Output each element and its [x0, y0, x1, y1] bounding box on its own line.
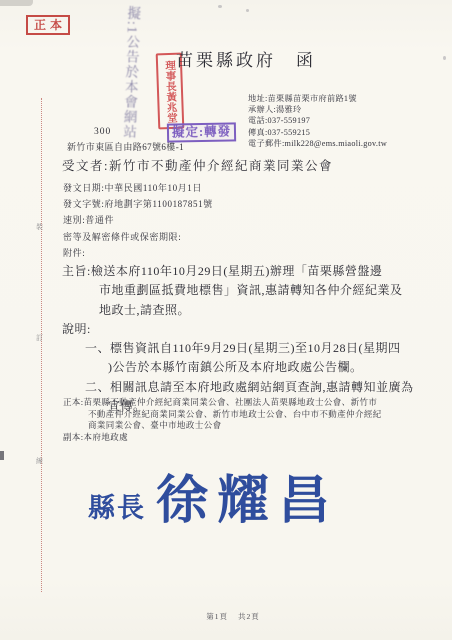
- doc-number-line: 發文字號:府地劃字第1100187851號: [63, 196, 213, 212]
- handwritten-note: 擬:1公告於本會網站: [117, 6, 142, 152]
- document-meta-block: 發文日期:中華民國110年10月1日 發文字號:府地劃字第1100187851號…: [63, 180, 213, 261]
- copy-label-stamp: 正本: [26, 15, 70, 35]
- subject-line: 市地重劃區抵費地標售」資訊,惠請轉知各仲介經紀業及: [62, 281, 414, 300]
- distribution-block: 正本:苗栗縣不動產仲介經紀商業同業公會、社團法人苗栗縣地政士公會、新竹市 不動產…: [63, 397, 382, 443]
- binding-mark-ding: 訂: [36, 333, 43, 343]
- scan-artifact: [246, 9, 249, 12]
- scan-artifact: [443, 56, 446, 60]
- distribution-line: 商業同業公會、臺中市地政士公會: [63, 420, 382, 432]
- recipient-address: 新竹市東區自由路67號6樓-1: [67, 140, 184, 153]
- signature-block: 縣長 徐耀昌: [88, 458, 368, 528]
- total-pages: 共2頁: [238, 612, 260, 621]
- sender-address: 地址:苗栗縣苗栗市府前路1號: [248, 93, 387, 104]
- page-number: 第1頁: [206, 612, 228, 621]
- subject-line: 主旨:檢送本府110年10月29日(星期五)辦理「苗栗縣營盤邊: [62, 262, 414, 281]
- description-heading: 說明:: [62, 320, 414, 339]
- sender-info-block: 地址:苗栗縣苗栗市府前路1號 承辦人:湯雅玲 電話:037-559197 傳真:…: [248, 93, 387, 149]
- footer-page-info: 第1頁共2頁: [168, 611, 298, 622]
- scan-artifact: [0, 451, 4, 460]
- binding-line: [41, 98, 42, 592]
- sender-email: 電子郵件:milk228@ems.miaoli.gov.tw: [248, 138, 387, 149]
- signature-title: 縣長: [88, 495, 146, 522]
- letter-title: 苗栗縣政府 函: [176, 46, 316, 71]
- sender-phone: 電話:037-559197: [248, 115, 387, 126]
- subject-line: 地政士,請查照。: [62, 301, 414, 320]
- description-item: 一、標售資訊自110年9月29日(星期三)至10月28日(星期四: [62, 339, 414, 358]
- speed-line: 速別:普通件: [63, 212, 213, 228]
- letter-body: 主旨:檢送本府110年10月29日(星期五)辦理「苗栗縣營盤邊 市地重劃區抵費地…: [62, 262, 414, 416]
- binding-mark-zhuang: 裝: [36, 222, 43, 232]
- sender-clerk: 承辦人:湯雅玲: [248, 104, 387, 115]
- signature-name: 徐耀昌: [156, 476, 339, 528]
- security-line: 密等及解密條件或保密期限:: [63, 229, 213, 245]
- sender-fax: 傳真:037-559215: [248, 127, 387, 138]
- scan-artifact: [218, 5, 222, 8]
- distribution-line: 正本:苗栗縣不動產仲介經紀商業同業公會、社團法人苗栗縣地政士公會、新竹市: [63, 397, 382, 409]
- cc-line: 副本:本府地政處: [63, 432, 382, 444]
- description-item: 二、相關訊息請至本府地政處網站網頁查詢,惠請轉知並廣為: [62, 378, 414, 397]
- issue-date-line: 發文日期:中華民國110年10月1日: [63, 180, 213, 196]
- attachment-line: 附件:: [63, 245, 213, 261]
- recipient-line: 受文者:新竹市不動產仲介經紀商業同業公會: [62, 156, 333, 174]
- scanned-letter: 裝 訂 線 正本 擬:1公告於本會網站 理事長黃兆堂 苗栗縣政府 函 地址:苗栗…: [0, 0, 452, 640]
- distribution-line: 不動產仲介經紀商業同業公會、新竹市地政士公會、台中市不動產仲介經紀: [63, 409, 382, 421]
- binding-mark-xian: 線: [36, 456, 43, 466]
- recipient-postal-code: 300: [94, 127, 111, 137]
- description-item: )公告於本縣竹南鎮公所及本府地政處公告欄。: [62, 358, 414, 377]
- scan-artifact: [0, 0, 33, 6]
